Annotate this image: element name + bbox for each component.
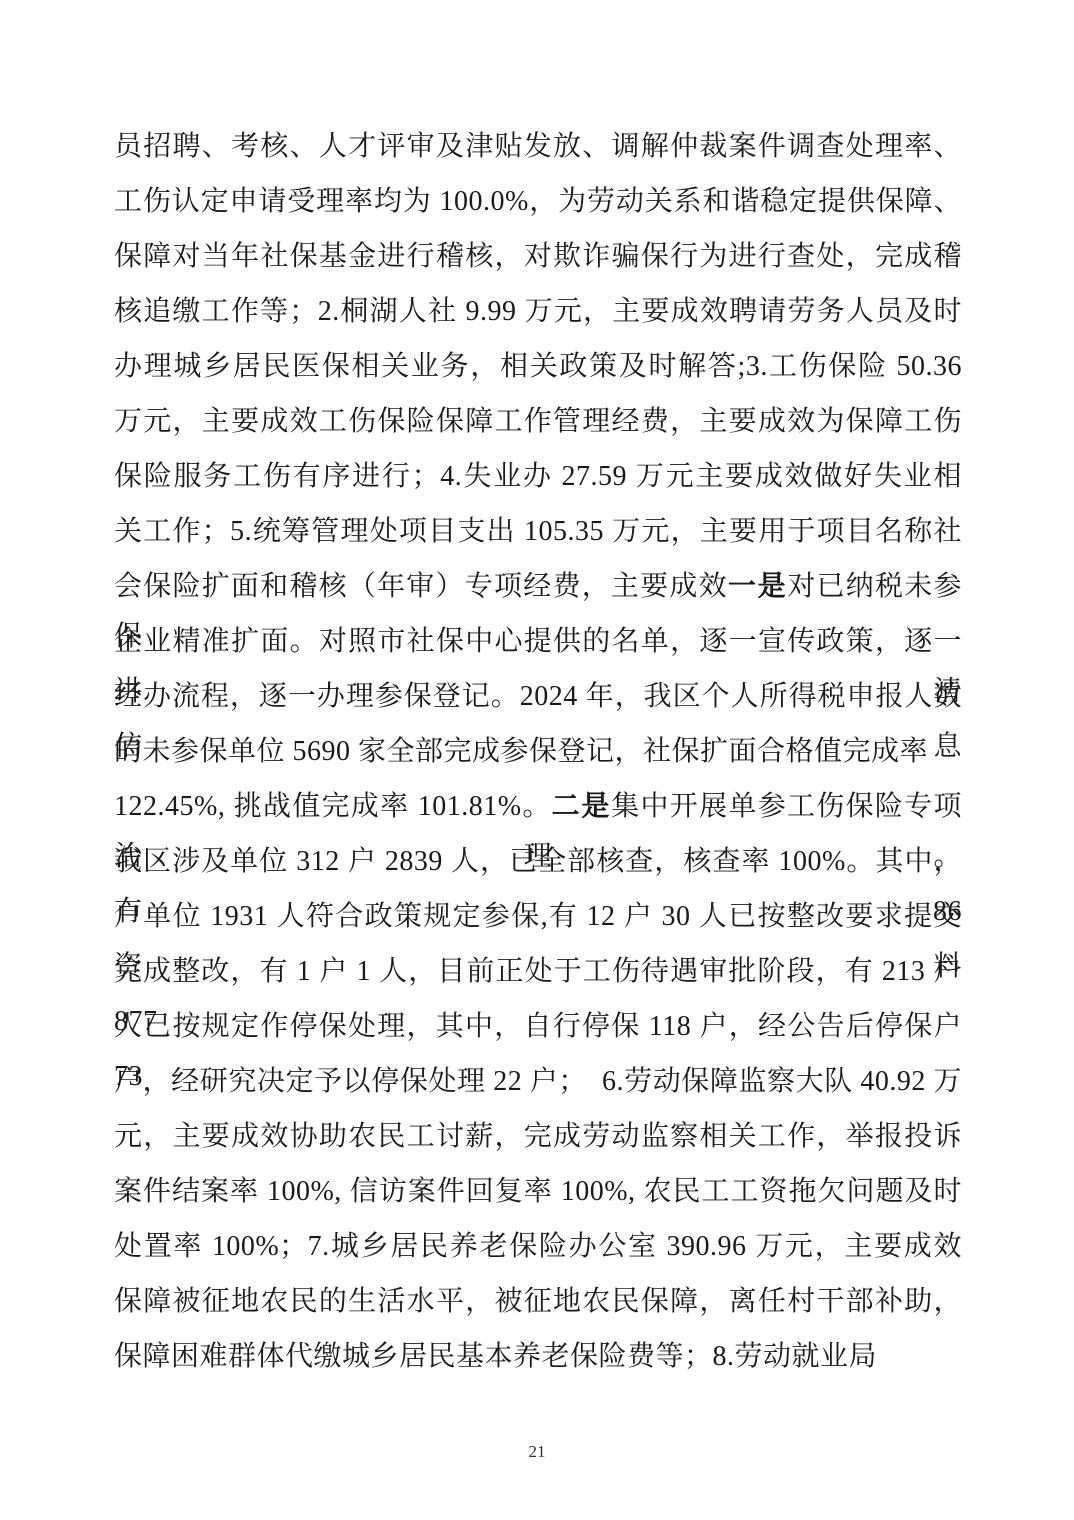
text-line: 核追缴工作等；2.桐湖人社 9.99 万元，主要成效聘请劳务人员及时 [114,287,962,342]
text-segment: 元，主要成效协助农民工讨薪，完成劳动监察相关工作，举报投诉 [114,1121,962,1152]
text-line: 元，主要成效协助农民工讨薪，完成劳动监察相关工作，举报投诉 [114,1112,962,1167]
text-line: 处置率 100%；7.城乡居民养老保险办公室 390.96 万元，主要成效 [114,1222,962,1277]
bold-emphasis: 一是 [728,571,787,602]
text-segment: 案件结案率 100%, 信访案件回复率 100%, 农民工工资拖欠问题及时 [114,1176,962,1207]
text-segment: 会保险扩面和稽核（年审）专项经费，主要成效 [114,571,728,602]
text-line: 保障被征地农民的生活水平，被征地农民保障，离任村干部补助， [114,1277,962,1332]
text-line: 户单位 1931 人符合政策规定参保,有 12 户 30 人已按整改要求提交资料 [114,892,962,947]
text-segment: 保险服务工伤有序进行；4.失业办 27.59 万元主要成效做好失业相 [114,461,962,492]
text-line: 保险服务工伤有序进行；4.失业办 27.59 万元主要成效做好失业相 [114,452,962,507]
text-segment: 核追缴工作等；2.桐湖人社 9.99 万元，主要成效聘请劳务人员及时 [114,296,962,327]
text-line: 办理城乡居民医保相关业务，相关政策及时解答;3.工伤保险 50.36 [114,342,962,397]
text-line: 员招聘、考核、人才评审及津贴发放、调解仲裁案件调查处理率、 [114,122,962,177]
text-line: 关工作；5.统筹管理处项目支出 105.35 万元，主要用于项目名称社 [114,507,962,562]
text-segment: 工伤认定申请受理率均为 100.0%，为劳动关系和谐稳定提供保障、 [114,186,962,217]
document-page: 员招聘、考核、人才评审及津贴发放、调解仲裁案件调查处理率、工伤认定申请受理率均为… [0,0,1074,1520]
text-segment: 办理城乡居民医保相关业务，相关政策及时解答;3.工伤保险 50.36 [114,351,962,382]
text-segment: 处置率 100%；7.城乡居民养老保险办公室 390.96 万元，主要成效 [114,1231,962,1262]
text-segment: 的未参保单位 5690 家全部完成参保登记，社保扩面合格值完成率 [114,736,928,767]
text-line: 案件结案率 100%, 信访案件回复率 100%, 农民工工资拖欠问题及时 [114,1167,962,1222]
text-segment: 员招聘、考核、人才评审及津贴发放、调解仲裁案件调查处理率、 [114,131,962,162]
page-number: 21 [0,1442,1074,1462]
text-line: 122.45%, 挑战值完成率 101.81%。二是集中开展单参工伤保险专项治理… [114,782,962,837]
text-line: 户，经研究决定予以停保处理 22 户； 6.劳动保障监察大队 40.92 万 [114,1057,962,1112]
text-line: 工伤认定申请受理率均为 100.0%，为劳动关系和谐稳定提供保障、 [114,177,962,232]
text-segment: 122.45%, 挑战值完成率 101.81%。 [114,791,552,822]
text-line: 的未参保单位 5690 家全部完成参保登记，社保扩面合格值完成率 [114,727,962,782]
text-segment: 万元，主要成效工伤保险保障工作管理经费，主要成效为保障工伤 [114,406,962,437]
text-line: 我区涉及单位 312 户 2839 人，已全部核查，核查率 100%。其中，有 … [114,837,962,892]
text-segment: 保障被征地农民的生活水平，被征地农民保障，离任村干部补助， [114,1286,962,1317]
text-line: 企业精准扩面。对照市社保中心提供的名单，逐一宣传政策，逐一讲清 [114,617,962,672]
text-segment: 户，经研究决定予以停保处理 22 户； 6.劳动保障监察大队 40.92 万 [114,1066,962,1097]
bold-emphasis: 二是 [552,791,612,822]
text-line: 会保险扩面和稽核（年审）专项经费，主要成效一是对已纳税未参保 [114,562,962,617]
text-segment: 保障困难群体代缴城乡居民基本养老保险费等；8.劳动就业局 [114,1341,877,1372]
text-line: 经办流程，逐一办理参保登记。2024 年，我区个人所得税申报人数信息 [114,672,962,727]
text-segment: 关工作；5.统筹管理处项目支出 105.35 万元，主要用于项目名称社 [114,516,962,547]
text-line: 保障对当年社保基金进行稽核，对欺诈骗保行为进行查处，完成稽 [114,232,962,287]
text-line: 万元，主要成效工伤保险保障工作管理经费，主要成效为保障工伤 [114,397,962,452]
text-segment: 保障对当年社保基金进行稽核，对欺诈骗保行为进行查处，完成稽 [114,241,962,272]
text-line: 完成整改，有 1 户 1 人，目前正处于工伤待遇审批阶段，有 213 户 877 [114,947,962,1002]
body-text-block: 员招聘、考核、人才评审及津贴发放、调解仲裁案件调查处理率、工伤认定申请受理率均为… [114,122,962,1387]
text-line: 人已按规定作停保处理，其中，自行停保 118 户，经公告后停保户 73 [114,1002,962,1057]
text-line: 保障困难群体代缴城乡居民基本养老保险费等；8.劳动就业局 [114,1332,962,1387]
